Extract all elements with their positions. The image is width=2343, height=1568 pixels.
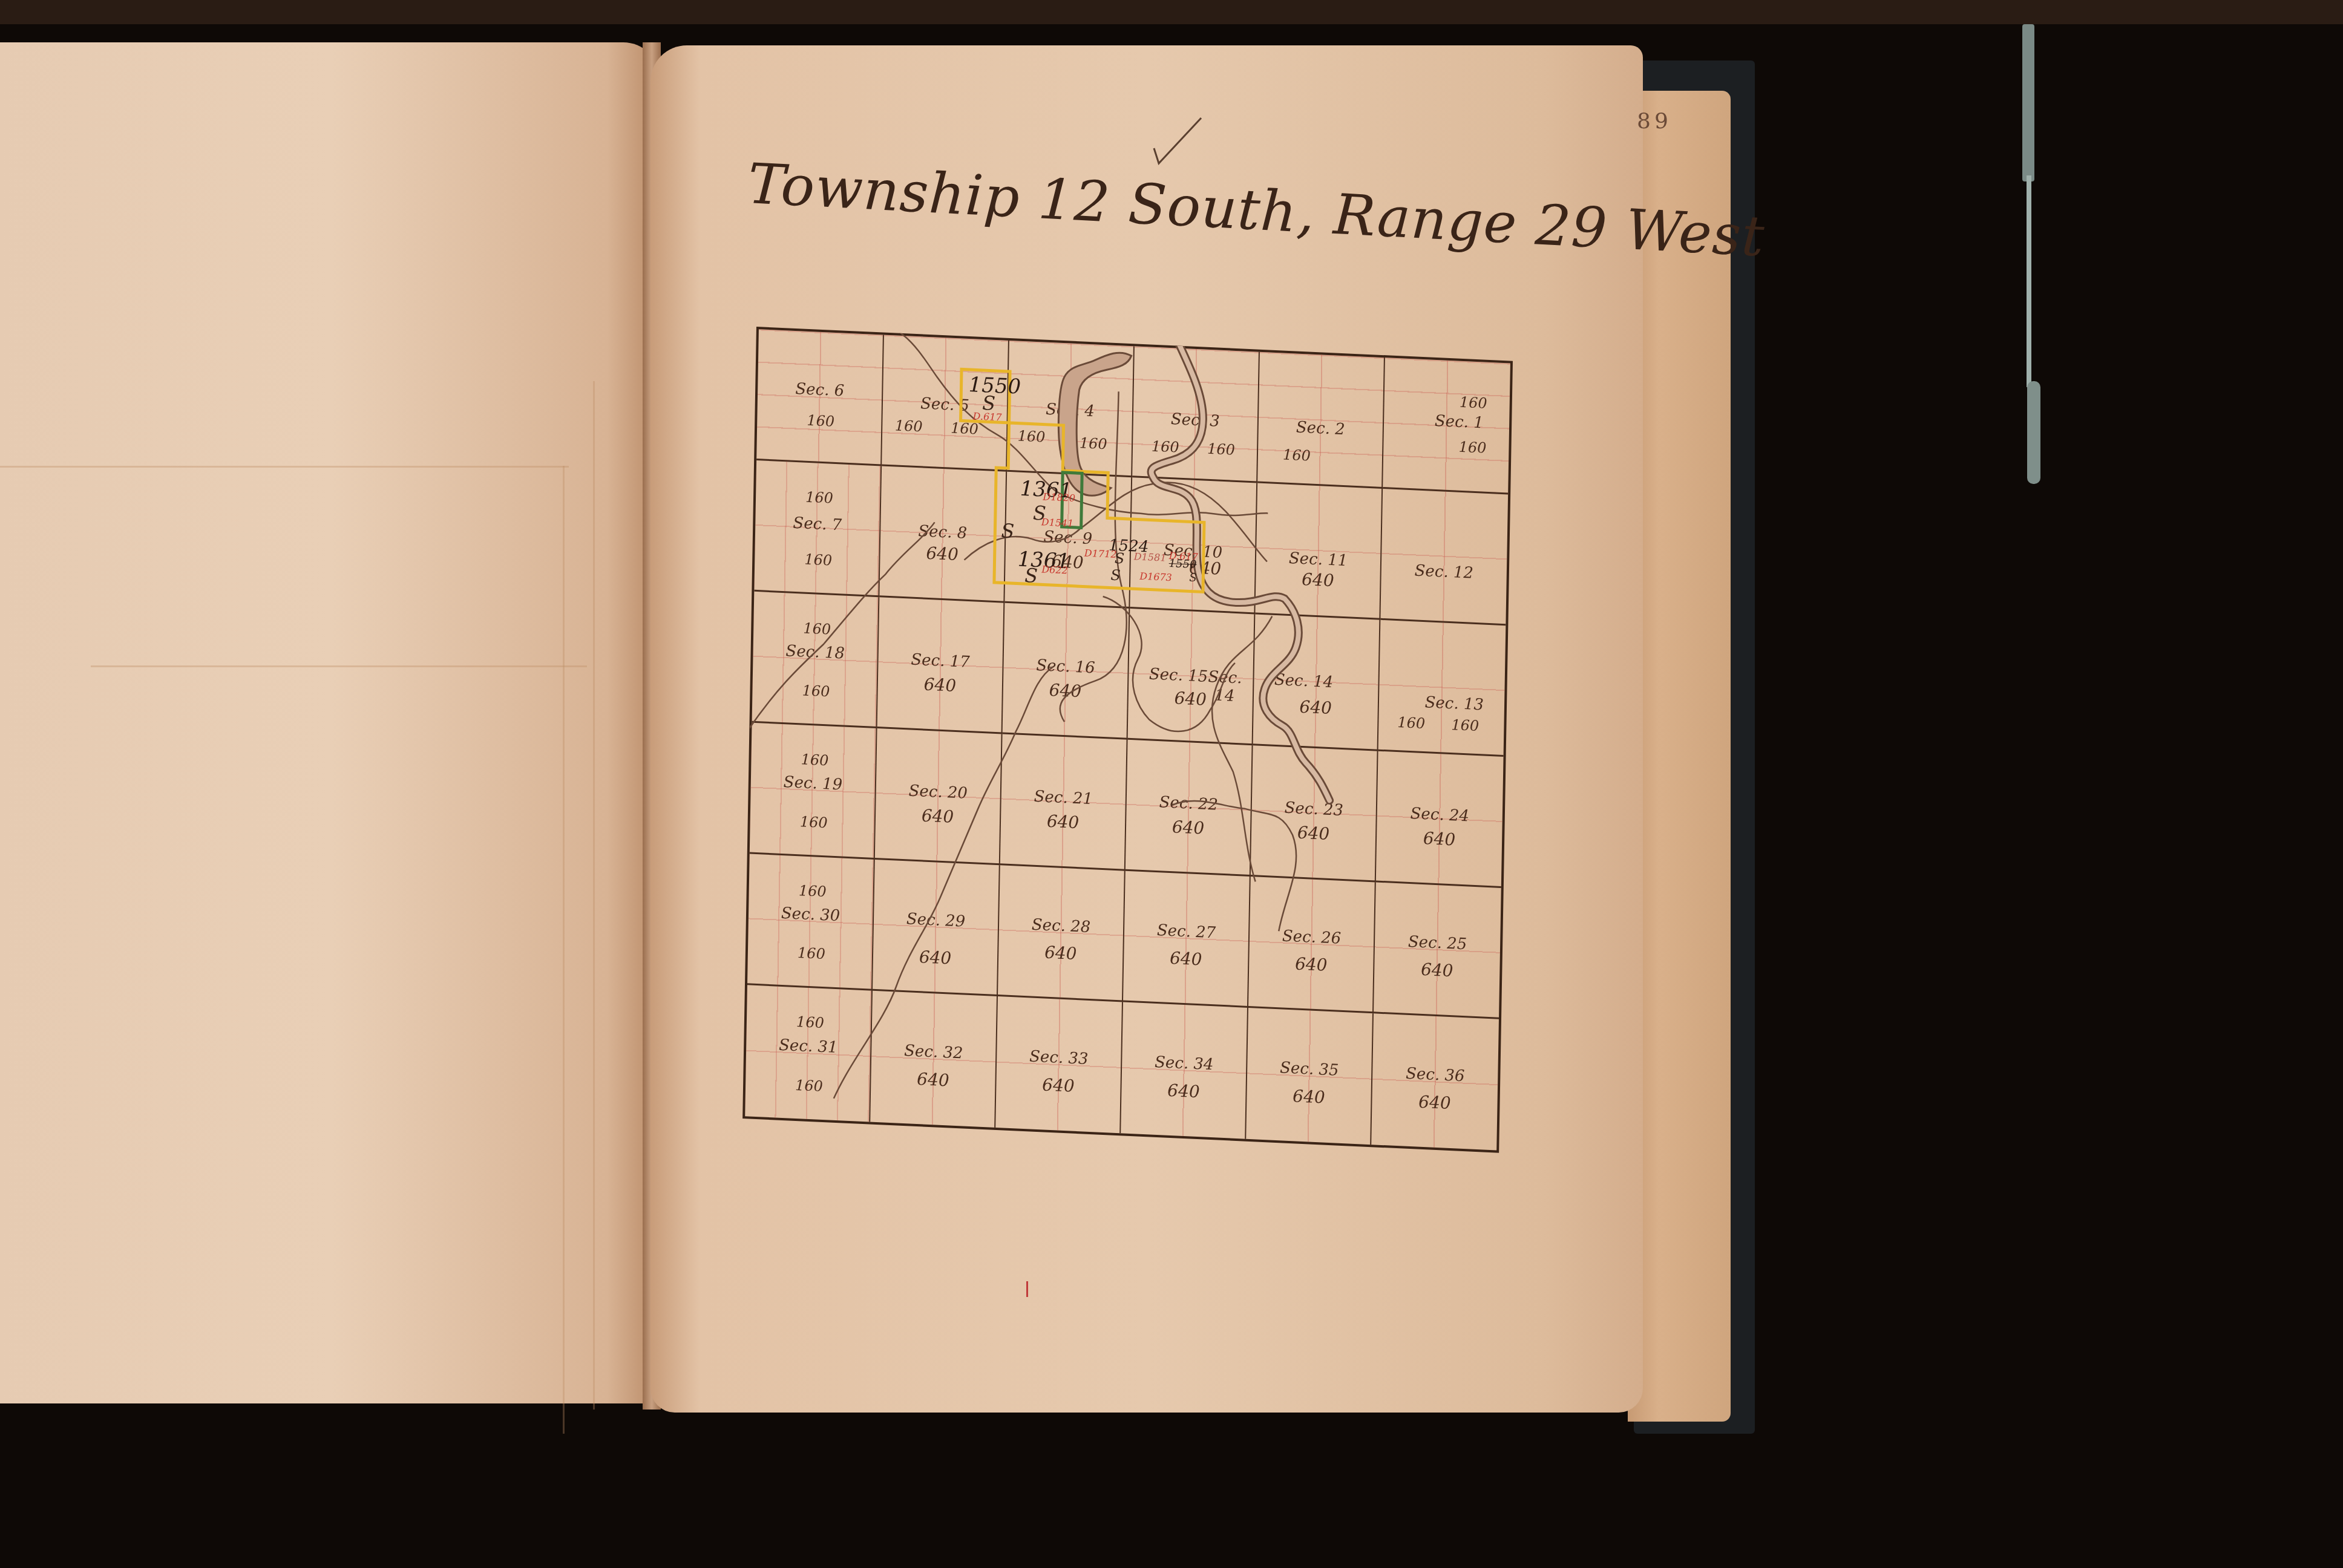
acreage: 160 (1397, 714, 1425, 732)
acreage: 160 (795, 1076, 823, 1094)
acreage: 640 (871, 1067, 995, 1092)
acreage: 640 (1374, 958, 1500, 983)
section-12: Sec. 12 (1380, 489, 1508, 626)
acreage: 160 (801, 751, 828, 769)
section-label: Sec. 33 (997, 1047, 1121, 1070)
section-label: Sec. 21 (1001, 786, 1126, 809)
section-label: Sec. 19 (751, 772, 876, 795)
acreage: 160 (802, 682, 830, 700)
acreage: 640 (1256, 567, 1380, 593)
acreage: 640 (1249, 952, 1374, 977)
acreage: 640 (1121, 1078, 1246, 1103)
section-14: Sec. 14 640 (1253, 614, 1381, 751)
acreage: 160 (804, 550, 832, 569)
acreage: 160 (805, 488, 833, 506)
acreage: 640 (996, 1073, 1121, 1098)
acreage: 160 (1207, 440, 1235, 459)
section-label: Sec. 3 (1133, 408, 1258, 432)
section-1: Sec. 1 160 160 (1383, 358, 1510, 494)
section-19: 160 Sec. 19 160 (750, 723, 877, 860)
section-label: Sec. 20 (876, 780, 1001, 804)
pencil-check-icon (1122, 115, 1207, 169)
section-label: Sec. 36 (1372, 1063, 1498, 1087)
acreage: 640 (876, 803, 1000, 829)
section-label: Sec. 27 (1124, 920, 1249, 944)
section-label: Sec. 24 (1377, 803, 1503, 826)
acreage: 160 (1460, 393, 1487, 411)
section-27: Sec. 27 640 (1123, 871, 1251, 1008)
section-11: Sec. 11 640 (1255, 483, 1383, 620)
acreage: 160 (807, 411, 834, 430)
acreage: 160 (895, 417, 923, 435)
section-28: Sec. 28 640 (998, 865, 1126, 1002)
section-34: Sec. 34 640 (1121, 1002, 1248, 1139)
section-5: Sec. 5 160 160 (882, 335, 1009, 472)
section-13: Sec. 13 160 160 (1378, 620, 1506, 757)
ghost-rule (0, 466, 569, 468)
section-2: Sec. 2 160 (1257, 352, 1385, 489)
page-number: 89 (1637, 109, 1672, 134)
section-9: Sec. 9 640 (1004, 472, 1132, 609)
section-label: Sec. 22 (1127, 791, 1251, 815)
section-10: Sec. 10 640 (1130, 477, 1257, 614)
acreage: 640 (1251, 820, 1376, 846)
acreage: 160 (800, 813, 828, 831)
section-30: 160 Sec. 30 160 (747, 854, 875, 990)
section-label: Sec. 34 (1122, 1052, 1247, 1076)
section-32: Sec. 32 640 (870, 991, 998, 1128)
acreage: 640 (998, 940, 1123, 965)
section-20: Sec. 20 640 (875, 728, 1003, 865)
section-3: Sec. 3 160 160 (1132, 346, 1260, 483)
background-top-edge (0, 0, 2343, 24)
acreage: 160 (798, 944, 825, 962)
acreage: 160 (803, 619, 831, 638)
section-label: Sec. 23 (1252, 797, 1377, 821)
section-23: Sec. 23 640 (1251, 745, 1378, 882)
township-plat: Sec. 6 160 Sec. 5 160 160 Sec. 4 160 160… (742, 327, 1513, 1153)
acreage: 160 (799, 882, 827, 900)
acreage: 160 (1152, 437, 1179, 456)
page-stack-edge (1628, 91, 1731, 1422)
acreage: 640 (1377, 826, 1502, 852)
section-label: Sec. 5 (883, 393, 1008, 417)
acreage: 640 (880, 541, 1004, 566)
section-22: Sec. 22 640 (1126, 740, 1253, 877)
red-pencil-mark (1026, 1281, 1028, 1297)
spatula-tool (2009, 18, 2063, 484)
acreage: 640 (1155, 556, 1255, 580)
acreage: 160 (1458, 439, 1486, 457)
section-25: Sec. 25 640 (1374, 882, 1501, 1019)
section-label: Sec. 29 (874, 909, 998, 932)
section-21: Sec. 21 640 (1000, 734, 1128, 871)
section-31: 160 Sec. 31 160 (745, 985, 873, 1122)
acreage: 160 (1017, 428, 1045, 446)
section-label: Sec. 18 (753, 641, 877, 664)
acreage: 640 (1126, 815, 1251, 840)
section-label: Sec. 30 (749, 903, 873, 927)
acreage: 640 (1124, 946, 1248, 972)
section-4: Sec. 4 160 160 (1007, 341, 1135, 477)
section-24: Sec. 24 640 (1376, 751, 1504, 888)
section-33: Sec. 33 640 (995, 996, 1123, 1133)
section-label: Sec. 7 (755, 512, 880, 536)
section-label: Sec. 9 (1006, 526, 1130, 550)
section-grid: Sec. 6 160 Sec. 5 160 160 Sec. 4 160 160… (742, 327, 1513, 1153)
section-label: Sec. 35 (1247, 1057, 1372, 1081)
ghost-rule (563, 466, 565, 1434)
acreage: 160 (796, 1013, 824, 1031)
section-label: Sec. 32 (871, 1040, 996, 1064)
section-26: Sec. 26 640 (1248, 877, 1376, 1013)
section-label: Sec. 2 (1259, 417, 1383, 440)
section-8: Sec. 8 640 (879, 466, 1007, 603)
acreage: 640 (878, 672, 1003, 697)
ghost-rule (91, 665, 587, 667)
section-6: Sec. 6 160 (756, 329, 884, 466)
acreage: 160 (1080, 434, 1107, 452)
acreage: 160 (1451, 716, 1479, 734)
acreage: 640 (873, 945, 998, 970)
section-label: Sec. 31 (746, 1035, 871, 1059)
section-label: Sec. 28 (999, 915, 1124, 938)
section-35: Sec. 35 640 (1246, 1008, 1374, 1145)
acreage: 640 (1001, 809, 1126, 834)
acreage: 640 (1003, 678, 1128, 704)
section-18: 160 Sec. 18 160 (752, 592, 880, 728)
ghost-rule (593, 381, 595, 1410)
acreage: 640 (1005, 549, 1130, 575)
left-page (0, 42, 660, 1403)
acreage: 160 (1283, 446, 1311, 465)
acreage: 640 (1372, 1089, 1498, 1115)
section-label: Sec. 6 (758, 378, 882, 402)
section-17: Sec. 17 640 (877, 597, 1005, 734)
acreage: 640 (1247, 1084, 1371, 1109)
section-label: Sec. 8 (880, 520, 1005, 544)
acreage: 640 (1253, 694, 1378, 720)
acreage: 160 (951, 419, 978, 437)
section-label: Sec. 26 (1250, 926, 1374, 949)
section-29: Sec. 29 640 (873, 860, 1000, 996)
section-label: Sec. 13 (1404, 692, 1504, 714)
section-label: Sec. 1 (1409, 411, 1509, 433)
section-label: Sec. 25 (1375, 932, 1501, 955)
section-7: 160 Sec. 7 160 (754, 460, 882, 597)
section-label: Sec. 17 (878, 649, 1003, 673)
section-label: Sec. 4 (1008, 399, 1133, 422)
section-36: Sec. 36 640 (1371, 1013, 1499, 1150)
section-label: Sec. 12 (1381, 560, 1507, 584)
